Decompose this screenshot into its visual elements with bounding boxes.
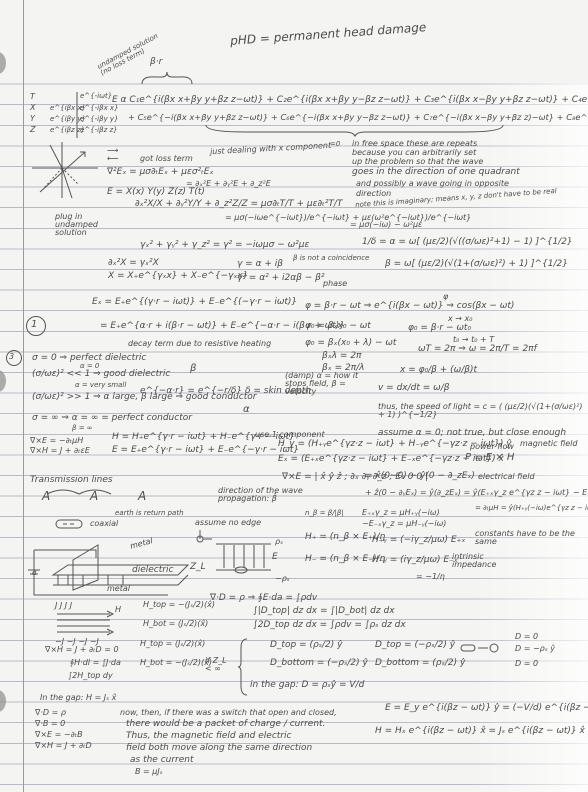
table-cell: e^{-iβy y}: [80, 116, 119, 123]
curly-brace-icon: [237, 638, 249, 696]
b-equation: B = μJₛ: [135, 768, 163, 776]
note-line: goes in the direction of one quadrant: [352, 168, 520, 177]
brace-icon: [140, 72, 195, 86]
n-beta: n_β = β/|β|: [305, 510, 344, 517]
table-cell: e^{-iβz z}: [80, 127, 118, 134]
beta-bracket: β: [190, 364, 196, 374]
separated-equation: ∂ₓ²X/X + ∂ᵧ²Y/Y + ∂_z²Z/Z = μσ∂ₜT/T + με…: [135, 200, 342, 209]
current-sheet-top: J J J J: [55, 602, 72, 610]
beta-infinity: β = ∞: [72, 425, 93, 432]
alpha-small: α = very small: [75, 382, 126, 389]
t0-shift: t₀ → t₀ + T: [453, 336, 494, 344]
velocity: v = dx/dt = ω/β: [378, 384, 449, 393]
note-line: because you can arbitrarily set: [352, 149, 476, 157]
h-bottom-1: H_bot = (Jₛ/2)(x̂): [143, 620, 208, 628]
e-field: E = E₊e^{γ·r − iωt} + E₋e^{−γ·r − iωt}: [112, 446, 299, 455]
wave-equation: ∇²Eₓ = μσ∂ₜEₓ + μεσ²ₜEₓ: [107, 168, 214, 177]
section-title-transmission: Transmission lines: [30, 476, 113, 485]
direction-note: direction of the wave propagation: β̂: [218, 487, 308, 503]
electrical-field-label: electrical field: [478, 473, 535, 481]
h-bottom-2: H_bot = −(Jₛ/2)(x̂): [140, 659, 212, 667]
good-dielectric: (σ/ωε)² << 1 ⇒ good dielectric: [32, 370, 170, 379]
note-line: as the current: [130, 756, 194, 765]
equation-sum-line2: + C₅e^{−i(βx x+βy y+βz z−ωt)} + C₆e^{−i(…: [128, 113, 588, 121]
field-diagram-icon: [196, 528, 276, 598]
magnetic-field-label: magnetic field: [520, 440, 577, 448]
curl-result-1: = x̂(0−0) − ŷ(0 − ∂_zEₓ): [365, 472, 475, 481]
ex-gamma-z: E₊ₓγ_z = μH₊ᵧ(−iω): [362, 509, 440, 517]
note-line: Thus, the magnetic field and electric: [126, 732, 291, 741]
ampere-law-2: ∮H·dl = ∫J·da: [70, 659, 121, 667]
x-of-t: x = φ₀/β + (ω/β)t: [400, 366, 477, 375]
table-cell: e^{-iβx x}: [80, 105, 119, 112]
h-field-lines-icon: [55, 610, 117, 640]
ampere-law-3: ∫2H_top dy: [68, 672, 113, 680]
curl-h: ∇×H = J + ∂ₜεE: [30, 447, 90, 455]
decay-note: decay term due to resistive heating: [128, 340, 271, 348]
metal-bottom-label: metal: [107, 585, 130, 593]
assume-no-edge: assume no edge: [195, 519, 261, 527]
skin-depth: e^{−α·r} = e^{−r/δ} δ = skin depth: [140, 387, 311, 396]
intrinsic-impedance-label: intrinsic impedance: [452, 553, 512, 569]
brace-icon: [205, 124, 505, 136]
note-line: up the problem so that the wave: [352, 158, 483, 166]
note-line: in free space these are repeats: [352, 140, 477, 148]
in-gap-d: in the gap: D = ρₛŷ = V/d: [250, 681, 364, 690]
brace-zero: =0: [330, 141, 340, 148]
arrow-left-icon: ⟵: [107, 155, 118, 163]
coincidence-note: β is not a coincidence: [293, 255, 369, 262]
gauss-law-2: ∫|D_top| dz dx = ∫|D_bot| dz dx: [253, 607, 395, 616]
gamma-sum: γₓ² + γᵧ² + γ_z² = γ² = −iωμσ − ω²με: [140, 241, 309, 250]
phi-label: φ: [443, 293, 448, 301]
table-row-label: T: [30, 93, 35, 101]
phi0-lambda: φ₀ = βₓ(x₀ + λ) − ωt: [305, 339, 396, 348]
circled-number-label: 1: [31, 320, 37, 330]
substitution-2: = μσ(−iω) − ω²με: [350, 221, 422, 229]
d-result: D = −ρₛ ŷ: [515, 645, 555, 653]
note-line: field both move along the same direction: [126, 744, 312, 753]
table-cell: e^{-iωt}: [80, 93, 112, 100]
plug-in-note: plug in undamped solution: [55, 213, 125, 237]
substitution-1: = μσ(−iωe^{−iωt})/e^{−iωt} + με(ω²e^{−iω…: [225, 214, 471, 222]
phase-equation: φ = β·r − ωt ⇒ e^{i(βx − ωt)} ⇒ cos(βx −…: [305, 302, 514, 311]
e-field-label: E: [272, 553, 278, 562]
vector-diagram-icon: [30, 140, 100, 200]
d-top: D_top = (ρₛ/2) ŷ: [270, 641, 342, 650]
coaxial-label: coaxial: [90, 520, 118, 528]
margin-line: [23, 0, 24, 792]
maxwell-equation: ∇·B = 0: [35, 720, 65, 728]
beta-equation: β = ω[ (με/2)(√(1+(σ/ωε)²) + 1) ]^{1/2}: [385, 260, 568, 269]
d-result: D = 0: [515, 633, 538, 641]
curl-rhs: = ∂ₜμH = ŷ(H₊ᵧ(−iω)e^{γz z − iωt} + H₋ᵧ(…: [475, 505, 588, 512]
in-gap-h: In the gap: H = Jₛ x̂: [40, 694, 116, 702]
ex-equation-1: Eₓ = E₊e^{(γ·r − iωt)} + E₋e^{(−γ·r − iω…: [92, 298, 297, 307]
h-final: H = Hₓ e^{i(βz − ωt)} x̂ = Jₛ e^{i(βz − …: [375, 727, 585, 736]
coaxial-icon: [55, 519, 83, 529]
gamma-definition: γ = α + iβ: [237, 260, 283, 269]
h-top-1: H_top = −(Jₛ/2)(x̂): [143, 601, 215, 609]
note-line: and possibly a wave going in opposite: [356, 180, 509, 188]
hy-plus: H₊ᵧ = (−iγ_z/μω) E₊ₓ: [372, 536, 465, 545]
ex-gamma-z-2: −E₋ₓγ_z = μH₋ᵧ(−iω): [362, 520, 446, 528]
gauss-law: ∇·D = ρ ⇒ ∮E·da = ∫ρdv: [210, 594, 317, 603]
d-top-2: D_top = (−ρₛ/2) ŷ: [375, 641, 455, 650]
omega-t: ωT = 2π ⇒ ω = 2π/T = 2πf: [418, 345, 537, 354]
note-line: direction: [356, 190, 391, 198]
rho-s-negative: −ρₛ: [275, 575, 290, 583]
d-label: d: [32, 570, 36, 577]
maxwell-equation: ∇×H = J + ∂ₜD: [35, 742, 92, 750]
ampere-law: ∇×H = J + ∂ₜD = 0: [45, 646, 119, 654]
power-line-icon: [45, 488, 115, 498]
beta-lambda: βₓλ = 2π: [322, 352, 361, 361]
perfect-conductor: σ = ∞ ⇒ α = ∞ = perfect conductor: [32, 414, 192, 423]
plate-sketch-icon: [460, 643, 504, 653]
hy-minus: H₋ᵧ = (iγ_z/μω) E₋ₓ: [372, 556, 458, 565]
poynting-vector: P = E × H: [465, 453, 514, 463]
curl-result-2: + ẑ(0 − ∂ᵧEₓ) = ŷ(∂_zEₓ) = ŷ(E₊ₓγ_z e^{γ…: [365, 489, 588, 497]
separation-of-variables: E = X(x) Y(y) Z(z) T(t): [107, 188, 205, 197]
table-row-label: Z: [30, 126, 35, 134]
constants-same-note: constants have to be the same: [475, 530, 585, 546]
table-row-label: Y: [30, 115, 35, 123]
eta-definition: = −1/η: [416, 573, 445, 581]
h-top-2: H_top = (Jₛ/2)(x̂): [140, 640, 205, 648]
gauss-law-3: ∫2D_top dz dx = ∫ρdv = ∫ρₛ dz dx: [253, 621, 406, 630]
maxwell-equation: ∇·D = ρ: [35, 709, 66, 717]
d-result: D = 0: [515, 660, 538, 668]
rho-s-positive: ρₛ: [275, 538, 283, 546]
speed-of-light: thus, the speed of light = c = ( (με/2)(…: [378, 403, 588, 419]
maxwell-equation: ∇×E = −∂ₜB: [35, 731, 83, 739]
alpha-equation: 1/δ = α = ω[ (με/2)(√((σ/ωε)²+1) − 1) ]^…: [362, 238, 573, 247]
ode: ∂ₓ²X = γₓ²X: [108, 259, 159, 268]
earth-return-note: earth is return path: [115, 510, 184, 517]
alpha-assumption: assume α = 0; not true, but close enough: [378, 429, 566, 438]
curl-e: ∇×E = −∂ₜμH: [30, 437, 83, 445]
h-label: H: [115, 606, 121, 614]
table-divider: [76, 92, 78, 138]
e-final: E = E_y e^{i(βz − ωt)} ŷ = (−V/d) e^{i(β…: [385, 704, 588, 713]
use-component-note: use 1 component: [255, 431, 325, 439]
note-line: there would be a packet of charge / curr…: [126, 720, 325, 729]
loss-term-note: got loss term: [140, 155, 193, 163]
alpha-bracket: α: [243, 405, 250, 415]
if-z-note: if Z_L < ∞: [205, 657, 235, 673]
x-to-x0: x → x₀: [448, 315, 472, 323]
phi0-equation: φ₀ = βₓx₀ − ωt: [305, 322, 371, 331]
d-bottom-2: D_bottom = (ρₛ/2) ŷ: [375, 659, 465, 668]
gamma-squared: γ² = α² + i2αβ − β²: [237, 274, 325, 283]
d-bottom: D_bottom = (−ρₛ/2) ŷ: [270, 659, 368, 668]
phi0-equation-2: φ₀ = β·r − ωt₀: [408, 324, 471, 333]
note-line: now, then, if there was a switch that op…: [120, 709, 337, 717]
dielectric-label: dielectric: [132, 566, 173, 575]
circled-number-label: 3: [9, 353, 14, 361]
ode-solution: X = X₊e^{γₓx} + X₋e^{−γₓx}: [108, 272, 248, 281]
table-row-label: X: [30, 104, 35, 112]
beta-dot-r: β·r: [150, 58, 162, 67]
phase-label: phase: [323, 280, 347, 288]
power-flow-label: power flow: [470, 443, 514, 451]
equation-sum-line1: E α C₁e^{i(βx x+βy y+βz z−ωt)} + C₂e^{i(…: [112, 96, 588, 105]
